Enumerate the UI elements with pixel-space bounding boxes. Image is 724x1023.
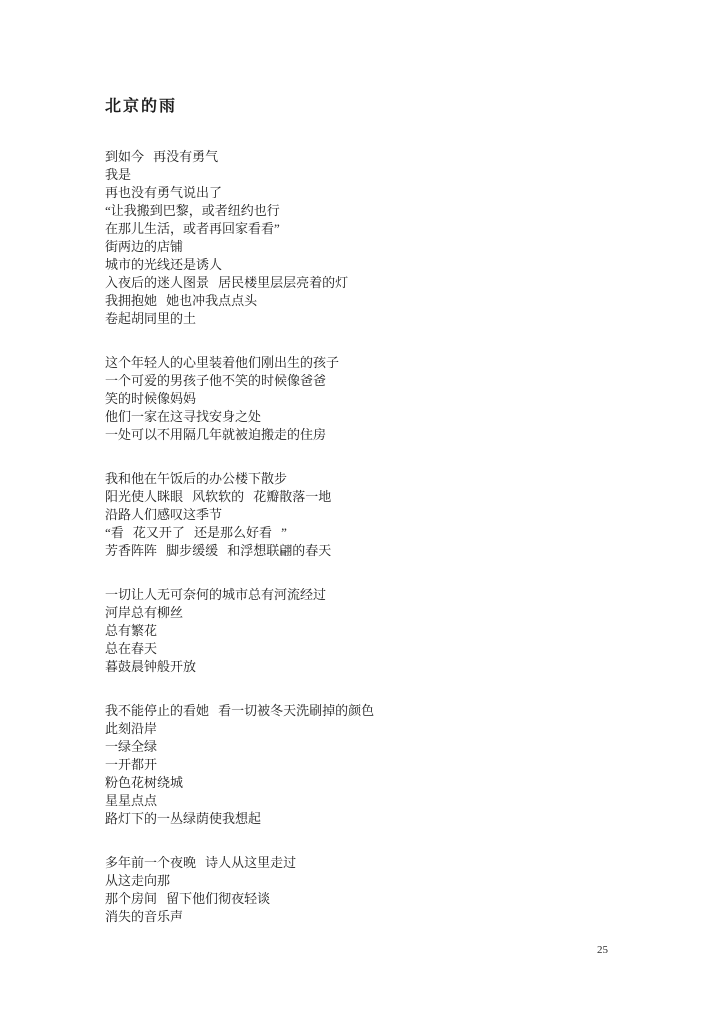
stanza: 多年前一个夜晚 诗人从这里走过从这走向那那个房间 留下他们彻夜轻谈消失的音乐声 (105, 854, 665, 926)
poem-line: 一处可以不用隔几年就被迫搬走的住房 (105, 426, 665, 444)
poem-line: 星星点点 (105, 792, 665, 810)
poem-body: 到如今 再没有勇气我是再也没有勇气说出了“让我搬到巴黎，或者纽约也行在那儿生活，… (105, 148, 665, 952)
poem-line: 此刻沿岸 (105, 720, 665, 738)
stanza: 一切让人无可奈何的城市总有河流经过河岸总有柳丝总有繁花总在春天暮鼓晨钟般开放 (105, 586, 665, 676)
poem-line: 再也没有勇气说出了 (105, 184, 665, 202)
stanza: 这个年轻人的心里装着他们刚出生的孩子一个可爱的男孩子他不笑的时候像爸爸笑的时候像… (105, 354, 665, 444)
poem-line: 入夜后的迷人图景 居民楼里层层亮着的灯 (105, 274, 665, 292)
poem-line: 那个房间 留下他们彻夜轻谈 (105, 890, 665, 908)
poem-line: 他们一家在这寻找安身之处 (105, 408, 665, 426)
poem-line: “让我搬到巴黎，或者纽约也行 (105, 202, 665, 220)
poem-line: 卷起胡同里的土 (105, 310, 665, 328)
poem-line: 城市的光线还是诱人 (105, 256, 665, 274)
poem-line: 我拥抱她 她也冲我点点头 (105, 292, 665, 310)
poem-line: 阳光使人眯眼 风软软的 花瓣散落一地 (105, 488, 665, 506)
poem-line: 一个可爱的男孩子他不笑的时候像爸爸 (105, 372, 665, 390)
stanza: 我和他在午饭后的办公楼下散步阳光使人眯眼 风软软的 花瓣散落一地沿路人们感叹这季… (105, 470, 665, 560)
poem-line: 笑的时候像妈妈 (105, 390, 665, 408)
stanza: 我不能停止的看她 看一切被冬天洗刷掉的颜色此刻沿岸一绿全绿一开都开粉色花树绕城星… (105, 702, 665, 828)
poem-line: 总有繁花 (105, 622, 665, 640)
poem-line: 一切让人无可奈何的城市总有河流经过 (105, 586, 665, 604)
poem-line: 暮鼓晨钟般开放 (105, 658, 665, 676)
poem-line: 街两边的店铺 (105, 238, 665, 256)
poem-line: 河岸总有柳丝 (105, 604, 665, 622)
poem-line: 我和他在午饭后的办公楼下散步 (105, 470, 665, 488)
poem-line: 从这走向那 (105, 872, 665, 890)
poem-line: 路灯下的一丛绿荫使我想起 (105, 810, 665, 828)
poem-line: 一开都开 (105, 756, 665, 774)
poem-line: 我不能停止的看她 看一切被冬天洗刷掉的颜色 (105, 702, 665, 720)
poem-line: 到如今 再没有勇气 (105, 148, 665, 166)
stanza: 到如今 再没有勇气我是再也没有勇气说出了“让我搬到巴黎，或者纽约也行在那儿生活，… (105, 148, 665, 328)
poem-line: 消失的音乐声 (105, 908, 665, 926)
page-number: 25 (597, 944, 608, 956)
poem-line: 这个年轻人的心里装着他们刚出生的孩子 (105, 354, 665, 372)
poem-line: 粉色花树绕城 (105, 774, 665, 792)
poem-line: 多年前一个夜晚 诗人从这里走过 (105, 854, 665, 872)
poem-line: 总在春天 (105, 640, 665, 658)
poem-line: 一绿全绿 (105, 738, 665, 756)
poem-line: “看 花又开了 还是那么好看 ” (105, 524, 665, 542)
poem-line: 在那儿生活，或者再回家看看” (105, 220, 665, 238)
poem-line: 我是 (105, 166, 665, 184)
poem-title: 北京的雨 (105, 93, 177, 116)
document-page: 北京的雨 到如今 再没有勇气我是再也没有勇气说出了“让我搬到巴黎，或者纽约也行在… (0, 0, 724, 1023)
poem-line: 沿路人们感叹这季节 (105, 506, 665, 524)
poem-line: 芳香阵阵 脚步缓缓 和浮想联翩的春天 (105, 542, 665, 560)
